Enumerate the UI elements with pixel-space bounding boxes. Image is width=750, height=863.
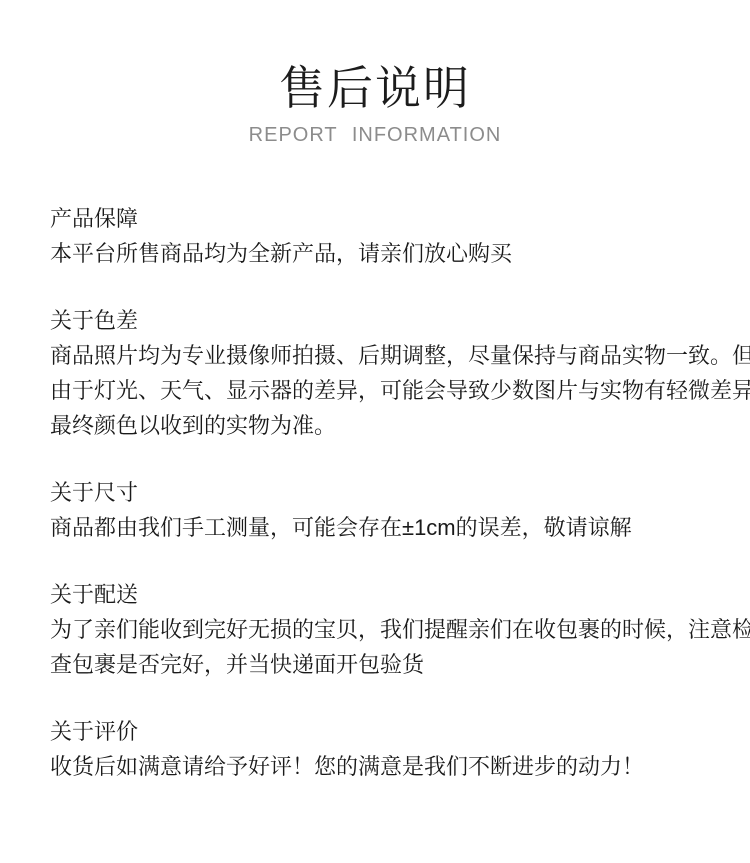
after-sales-info-page: 售后说明 REPORT INFORMATION 产品保障 本平台所售商品均为全新… <box>0 0 750 863</box>
page-title: 售后说明 <box>0 62 750 114</box>
section-text-line: 商品都由我们手工测量，可能会存在±1cm的误差，敬请谅解 <box>50 510 740 545</box>
section-review: 关于评价 收货后如满意请给予好评！您的满意是我们不断进步的动力！ <box>50 714 740 784</box>
section-heading: 关于尺寸 <box>50 475 740 510</box>
section-text-line: 查包裹是否完好，并当快递面开包验货 <box>50 647 740 682</box>
section-heading: 关于评价 <box>50 714 740 749</box>
section-delivery: 关于配送 为了亲们能收到完好无损的宝贝，我们提醒亲们在收包裹的时候，注意检 查包… <box>50 577 740 682</box>
page-subtitle: REPORT INFORMATION <box>0 123 750 147</box>
section-product-guarantee: 产品保障 本平台所售商品均为全新产品，请亲们放心购买 <box>50 201 740 271</box>
section-heading: 关于配送 <box>50 577 740 612</box>
content-area: 产品保障 本平台所售商品均为全新产品，请亲们放心购买 关于色差 商品照片均为专业… <box>50 201 740 784</box>
section-text-line: 本平台所售商品均为全新产品，请亲们放心购买 <box>50 236 740 271</box>
page-header: 售后说明 REPORT INFORMATION <box>0 0 750 147</box>
section-text-line: 由于灯光、天气、显示器的差异，可能会导致少数图片与实物有轻微差异 <box>50 373 740 408</box>
section-text-line: 最终颜色以收到的实物为准。 <box>50 408 740 443</box>
section-color-difference: 关于色差 商品照片均为专业摄像师拍摄、后期调整，尽量保持与商品实物一致。但 由于… <box>50 303 740 443</box>
section-heading: 产品保障 <box>50 201 740 236</box>
section-text-line: 收货后如满意请给予好评！您的满意是我们不断进步的动力！ <box>50 749 740 784</box>
section-size: 关于尺寸 商品都由我们手工测量，可能会存在±1cm的误差，敬请谅解 <box>50 475 740 545</box>
section-text-line: 商品照片均为专业摄像师拍摄、后期调整，尽量保持与商品实物一致。但 <box>50 338 740 373</box>
section-heading: 关于色差 <box>50 303 740 338</box>
section-text-line: 为了亲们能收到完好无损的宝贝，我们提醒亲们在收包裹的时候，注意检 <box>50 612 740 647</box>
